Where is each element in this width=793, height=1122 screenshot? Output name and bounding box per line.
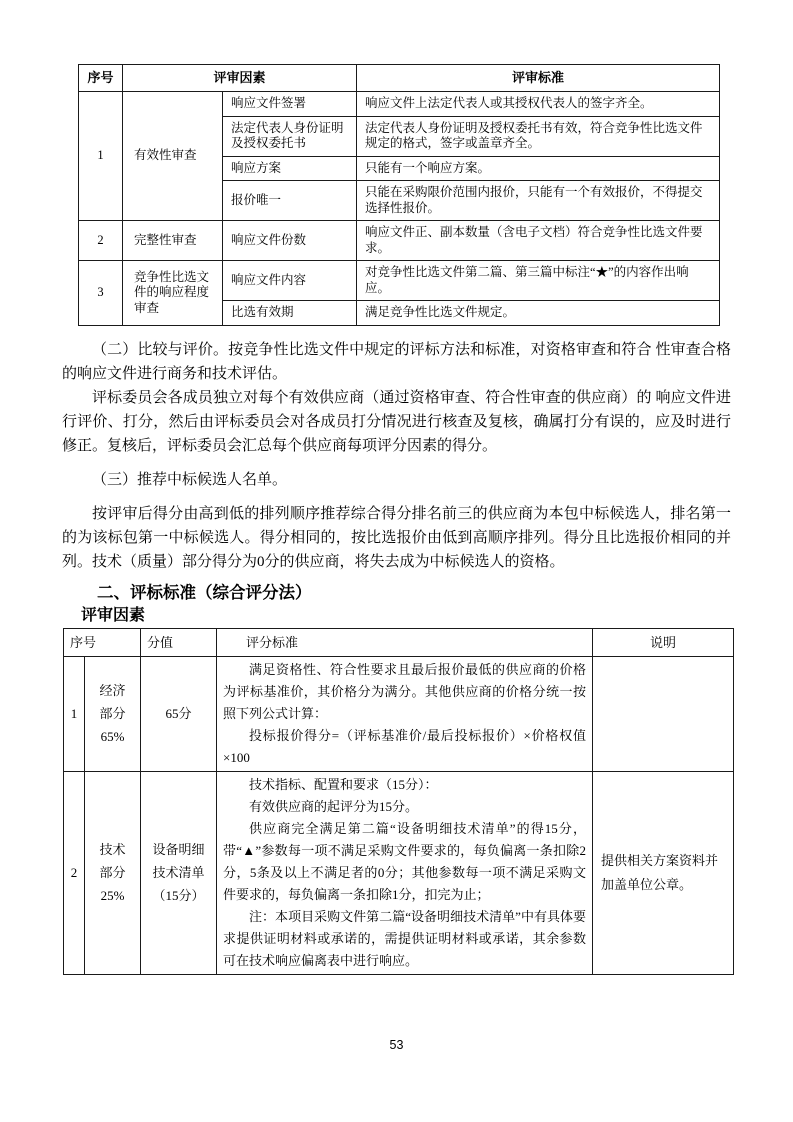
scoring-table: 序号 分值 评分标准 说明 1 经济 部分 65% 65分	[63, 628, 734, 975]
factor-cell: 报价唯一	[223, 181, 357, 221]
factor-cell: 响应文件内容	[223, 261, 357, 301]
section-line: 部分	[87, 861, 138, 884]
score-line: 设备明细	[143, 838, 214, 861]
standard-header: 评审标准	[357, 65, 720, 92]
paragraph-ranking-rules: 按评审后得分由高到低的排列顺序推荐综合得分排名前三的供应商为本包中标候选人，排名…	[62, 502, 731, 574]
standard-cell: 满足竞争性比选文件规定。	[357, 301, 720, 326]
standard-cell: 法定代表人身份证明及授权委托书有效，符合竞争性比选文件规定的格式，签字或盖章齐全…	[357, 116, 720, 156]
criteria-paragraph: 满足资格性、符合性要求且最后报价最低的供应商的价格为评标基准价，其价格分为满分。…	[223, 659, 586, 725]
note-cell: 提供相关方案资料并加盖单位公章。	[593, 771, 734, 974]
criteria-paragraph: 注：本项目采购文件第二篇“设备明细技术清单”中有具体要求提供证明材料或承诺的，需…	[223, 906, 586, 972]
factor-cell: 比选有效期	[223, 301, 357, 326]
score-cell: 65分	[141, 656, 217, 771]
factor-cell: 法定代表人身份证明及授权委托书	[223, 116, 357, 156]
factor-cell: 响应文件份数	[223, 221, 357, 261]
score-cell: 设备明细 技术清单 （15分）	[141, 771, 217, 974]
page-number: 53	[0, 1038, 793, 1052]
standard-cell: 只能在采购限价范围内报价，只能有一个有效报价，不得提交选择性报价。	[357, 181, 720, 221]
standard-cell: 响应文件上法定代表人或其授权代表人的签字齐全。	[357, 92, 720, 117]
review-factors-table: 序号 评审因素 评审标准 1 有效性审查 响应文件签署 响应文件上法定代表人或其…	[78, 64, 720, 326]
document-page: 序号 评审因素 评审标准 1 有效性审查 响应文件签署 响应文件上法定代表人或其…	[0, 0, 793, 1122]
body-paragraphs: （二）比较与评价。按竞争性比选文件中规定的评标方法和标准，对资格审查和符合 性审…	[62, 338, 731, 574]
section-line: 技术	[87, 838, 138, 861]
factor-header: 评审因素	[123, 65, 357, 92]
standard-cell: 对竞争性比选文件第二篇、第三篇中标注“★”的内容作出响应。	[357, 261, 720, 301]
criteria-paragraph: 供应商完全满足第二篇“设备明细技术清单”的得15分，带“▲”参数每一项不满足采购…	[223, 818, 586, 906]
section-cell: 技术 部分 25%	[85, 771, 141, 974]
section-line: 25%	[87, 884, 138, 907]
paragraph-committee-scoring: 评标委员会各成员独立对每个有效供应商（通过资格审查、符合性审查的供应商）的 响应…	[62, 386, 731, 458]
section-line: 部分	[87, 702, 138, 725]
seq-header: 序号	[64, 628, 141, 656]
seq-cell: 2	[64, 771, 85, 974]
table-header-row: 序号 分值 评分标准 说明	[64, 628, 734, 656]
factor-cell: 响应文件签署	[223, 92, 357, 117]
seq-cell: 3	[79, 261, 123, 326]
table-header-row: 序号 评审因素 评审标准	[79, 65, 720, 92]
section-line: 65%	[87, 725, 138, 748]
seq-header: 序号	[79, 65, 123, 92]
criteria-paragraph: 投标报价得分=（评标基准价/最后投标报价）×价格权值×100	[223, 725, 586, 769]
criteria-paragraph: 技术指标、配置和要求（15分）：	[223, 774, 586, 796]
seq-cell: 1	[79, 92, 123, 221]
criteria-paragraph: 有效供应商的起评分为15分。	[223, 796, 586, 818]
seq-cell: 1	[64, 656, 85, 771]
table-row: 1 有效性审查 响应文件签署 响应文件上法定代表人或其授权代表人的签字齐全。	[79, 92, 720, 117]
note-header: 说明	[593, 628, 734, 656]
page-content: 序号 评审因素 评审标准 1 有效性审查 响应文件签署 响应文件上法定代表人或其…	[0, 0, 793, 975]
standard-cell: 响应文件正、副本数量（含电子文档）符合竞争性比选文件要求。	[357, 221, 720, 261]
table-row: 2 完整性审查 响应文件份数 响应文件正、副本数量（含电子文档）符合竞争性比选文…	[79, 221, 720, 261]
criteria-cell: 满足资格性、符合性要求且最后报价最低的供应商的价格为评标基准价，其价格分为满分。…	[217, 656, 593, 771]
score-header: 分值	[141, 628, 217, 656]
note-cell	[593, 656, 734, 771]
score-line: （15分）	[143, 884, 214, 907]
section-line: 经济	[87, 679, 138, 702]
paragraph-compare-evaluate: （二）比较与评价。按竞争性比选文件中规定的评标方法和标准，对资格审查和符合 性审…	[62, 338, 731, 386]
category-cell: 有效性审查	[123, 92, 223, 221]
criteria-header: 评分标准	[217, 628, 593, 656]
table-row: 2 技术 部分 25% 设备明细 技术清单 （15分） 技术指标、配置和要求（1…	[64, 771, 734, 974]
category-cell: 完整性审查	[123, 221, 223, 261]
section-heading: 二、评标标准（综合评分法）	[97, 583, 731, 604]
category-cell: 竞争性比选文件的响应程度审查	[123, 261, 223, 326]
paragraph-recommend-candidates: （三）推荐中标候选人名单。	[62, 468, 731, 492]
standard-cell: 只能有一个响应方案。	[357, 156, 720, 181]
criteria-cell: 技术指标、配置和要求（15分）： 有效供应商的起评分为15分。 供应商完全满足第…	[217, 771, 593, 974]
table-row: 3 竞争性比选文件的响应程度审查 响应文件内容 对竞争性比选文件第二篇、第三篇中…	[79, 261, 720, 301]
factor-cell: 响应方案	[223, 156, 357, 181]
seq-cell: 2	[79, 221, 123, 261]
table-row: 1 经济 部分 65% 65分 满足资格性、符合性要求且最后报价最低的供应商的价…	[64, 656, 734, 771]
score-line: 技术清单	[143, 861, 214, 884]
section-subheading: 评审因素	[81, 606, 731, 626]
section-cell: 经济 部分 65%	[85, 656, 141, 771]
score-line: 65分	[143, 702, 214, 725]
